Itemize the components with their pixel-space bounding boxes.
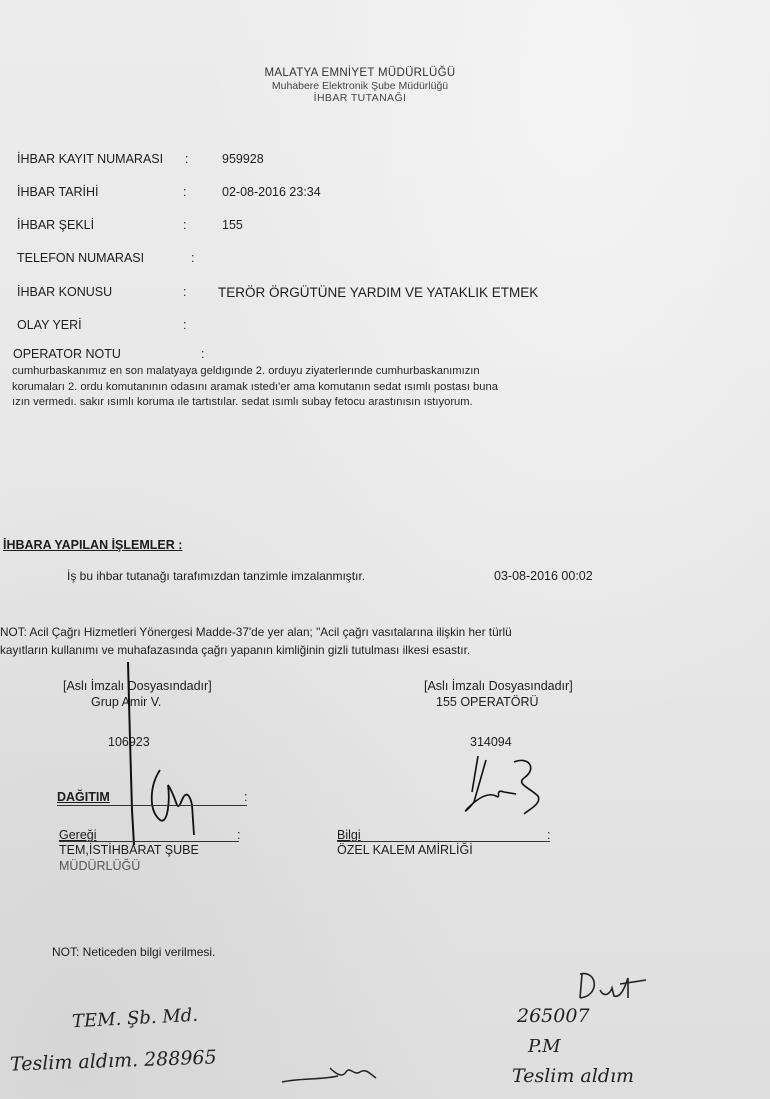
right-signature-scribble bbox=[458, 752, 548, 822]
distribution-right-recipient: ÖZEL KALEM AMİRLİĞİ bbox=[337, 843, 473, 857]
field-value: TERÖR ÖRGÜTÜNE YARDIM VE YATAKLIK ETMEK bbox=[218, 285, 538, 300]
field-value: 155 bbox=[222, 218, 243, 232]
right-signature-id: 314094 bbox=[470, 735, 512, 749]
field-colon: : bbox=[185, 152, 188, 166]
handwritten-receipt-left: Teslim aldım. 288965 bbox=[10, 1046, 217, 1075]
operator-note-text: cumhurbaskanımız en son malatyaya geldıg… bbox=[12, 364, 612, 411]
field-label: İHBAR KAYIT NUMARASI bbox=[17, 152, 163, 166]
distribution-left-recipient-line2: MÜDÜRLÜĞÜ bbox=[59, 859, 140, 873]
field-label: İHBAR ŞEKLİ bbox=[17, 218, 94, 232]
distribution-left-label: Gereği bbox=[59, 828, 97, 842]
distribution-right-colon: : bbox=[547, 828, 550, 842]
right-signature-note: [Aslı İmzalı Dosyasındadır] bbox=[424, 679, 573, 693]
handwritten-initials-right bbox=[570, 968, 680, 1008]
actions-statement: İş bu ihbar tutanağı tarafımızdan tanzim… bbox=[67, 569, 365, 583]
field-colon: : bbox=[183, 218, 186, 232]
handwritten-department: TEM. Şb. Md. bbox=[72, 1005, 199, 1033]
distribution-title: DAĞITIM bbox=[57, 790, 110, 804]
handwritten-signature-left bbox=[280, 1058, 380, 1088]
actions-section-title: İHBARA YAPILAN İŞLEMLER : bbox=[3, 538, 182, 552]
distribution-left-colon: : bbox=[237, 828, 240, 842]
legal-note: NOT: Acil Çağrı Hizmetleri Yönergesi Mad… bbox=[0, 623, 640, 659]
department-name: Muhabere Elektronik Şube Müdürlüğü bbox=[0, 80, 720, 92]
document-title: İHBAR TUTANAĞI bbox=[0, 92, 720, 105]
distribution-right-line bbox=[337, 841, 550, 842]
document-page: MALATYA EMNİYET MÜDÜRLÜĞÜ Muhabere Elekt… bbox=[0, 0, 770, 1099]
field-colon: : bbox=[183, 285, 186, 299]
actions-date: 03-08-2016 00:02 bbox=[494, 569, 593, 583]
institution-name: MALATYA EMNİYET MÜDÜRLÜĞÜ bbox=[0, 67, 720, 80]
field-label: TELEFON NUMARASI bbox=[17, 251, 144, 265]
operator-note-label: OPERATOR NOTU : bbox=[13, 347, 121, 361]
field-value: 02-08-2016 23:34 bbox=[222, 185, 321, 199]
distribution-left-line bbox=[59, 841, 239, 842]
field-colon: : bbox=[183, 185, 186, 199]
handwritten-receipt-right: Teslim aldım bbox=[512, 1065, 634, 1087]
document-header: MALATYA EMNİYET MÜDÜRLÜĞÜ Muhabere Elekt… bbox=[0, 67, 720, 105]
distribution-colon: : bbox=[244, 790, 247, 804]
handwritten-id-right: 265007 bbox=[517, 1005, 590, 1027]
footer-note: NOT: Neticeden bilgi verilmesi. bbox=[52, 945, 215, 959]
field-colon: : bbox=[183, 318, 186, 332]
distribution-left-recipient: TEM,İSTİHBARAT ŞUBE bbox=[59, 843, 199, 857]
field-label: İHBAR TARİHİ bbox=[17, 185, 99, 199]
field-colon: : bbox=[191, 251, 194, 265]
distribution-underline bbox=[57, 805, 247, 806]
right-signature-title: 155 OPERATÖRÜ bbox=[436, 695, 539, 709]
field-label: İHBAR KONUSU bbox=[17, 285, 112, 299]
field-label: OLAY YERİ bbox=[17, 318, 82, 332]
handwritten-pm: P.M bbox=[528, 1036, 561, 1057]
left-signature-scribble bbox=[120, 660, 210, 850]
field-value: 959928 bbox=[222, 152, 264, 166]
distribution-right-label: Bilgi bbox=[337, 828, 361, 842]
